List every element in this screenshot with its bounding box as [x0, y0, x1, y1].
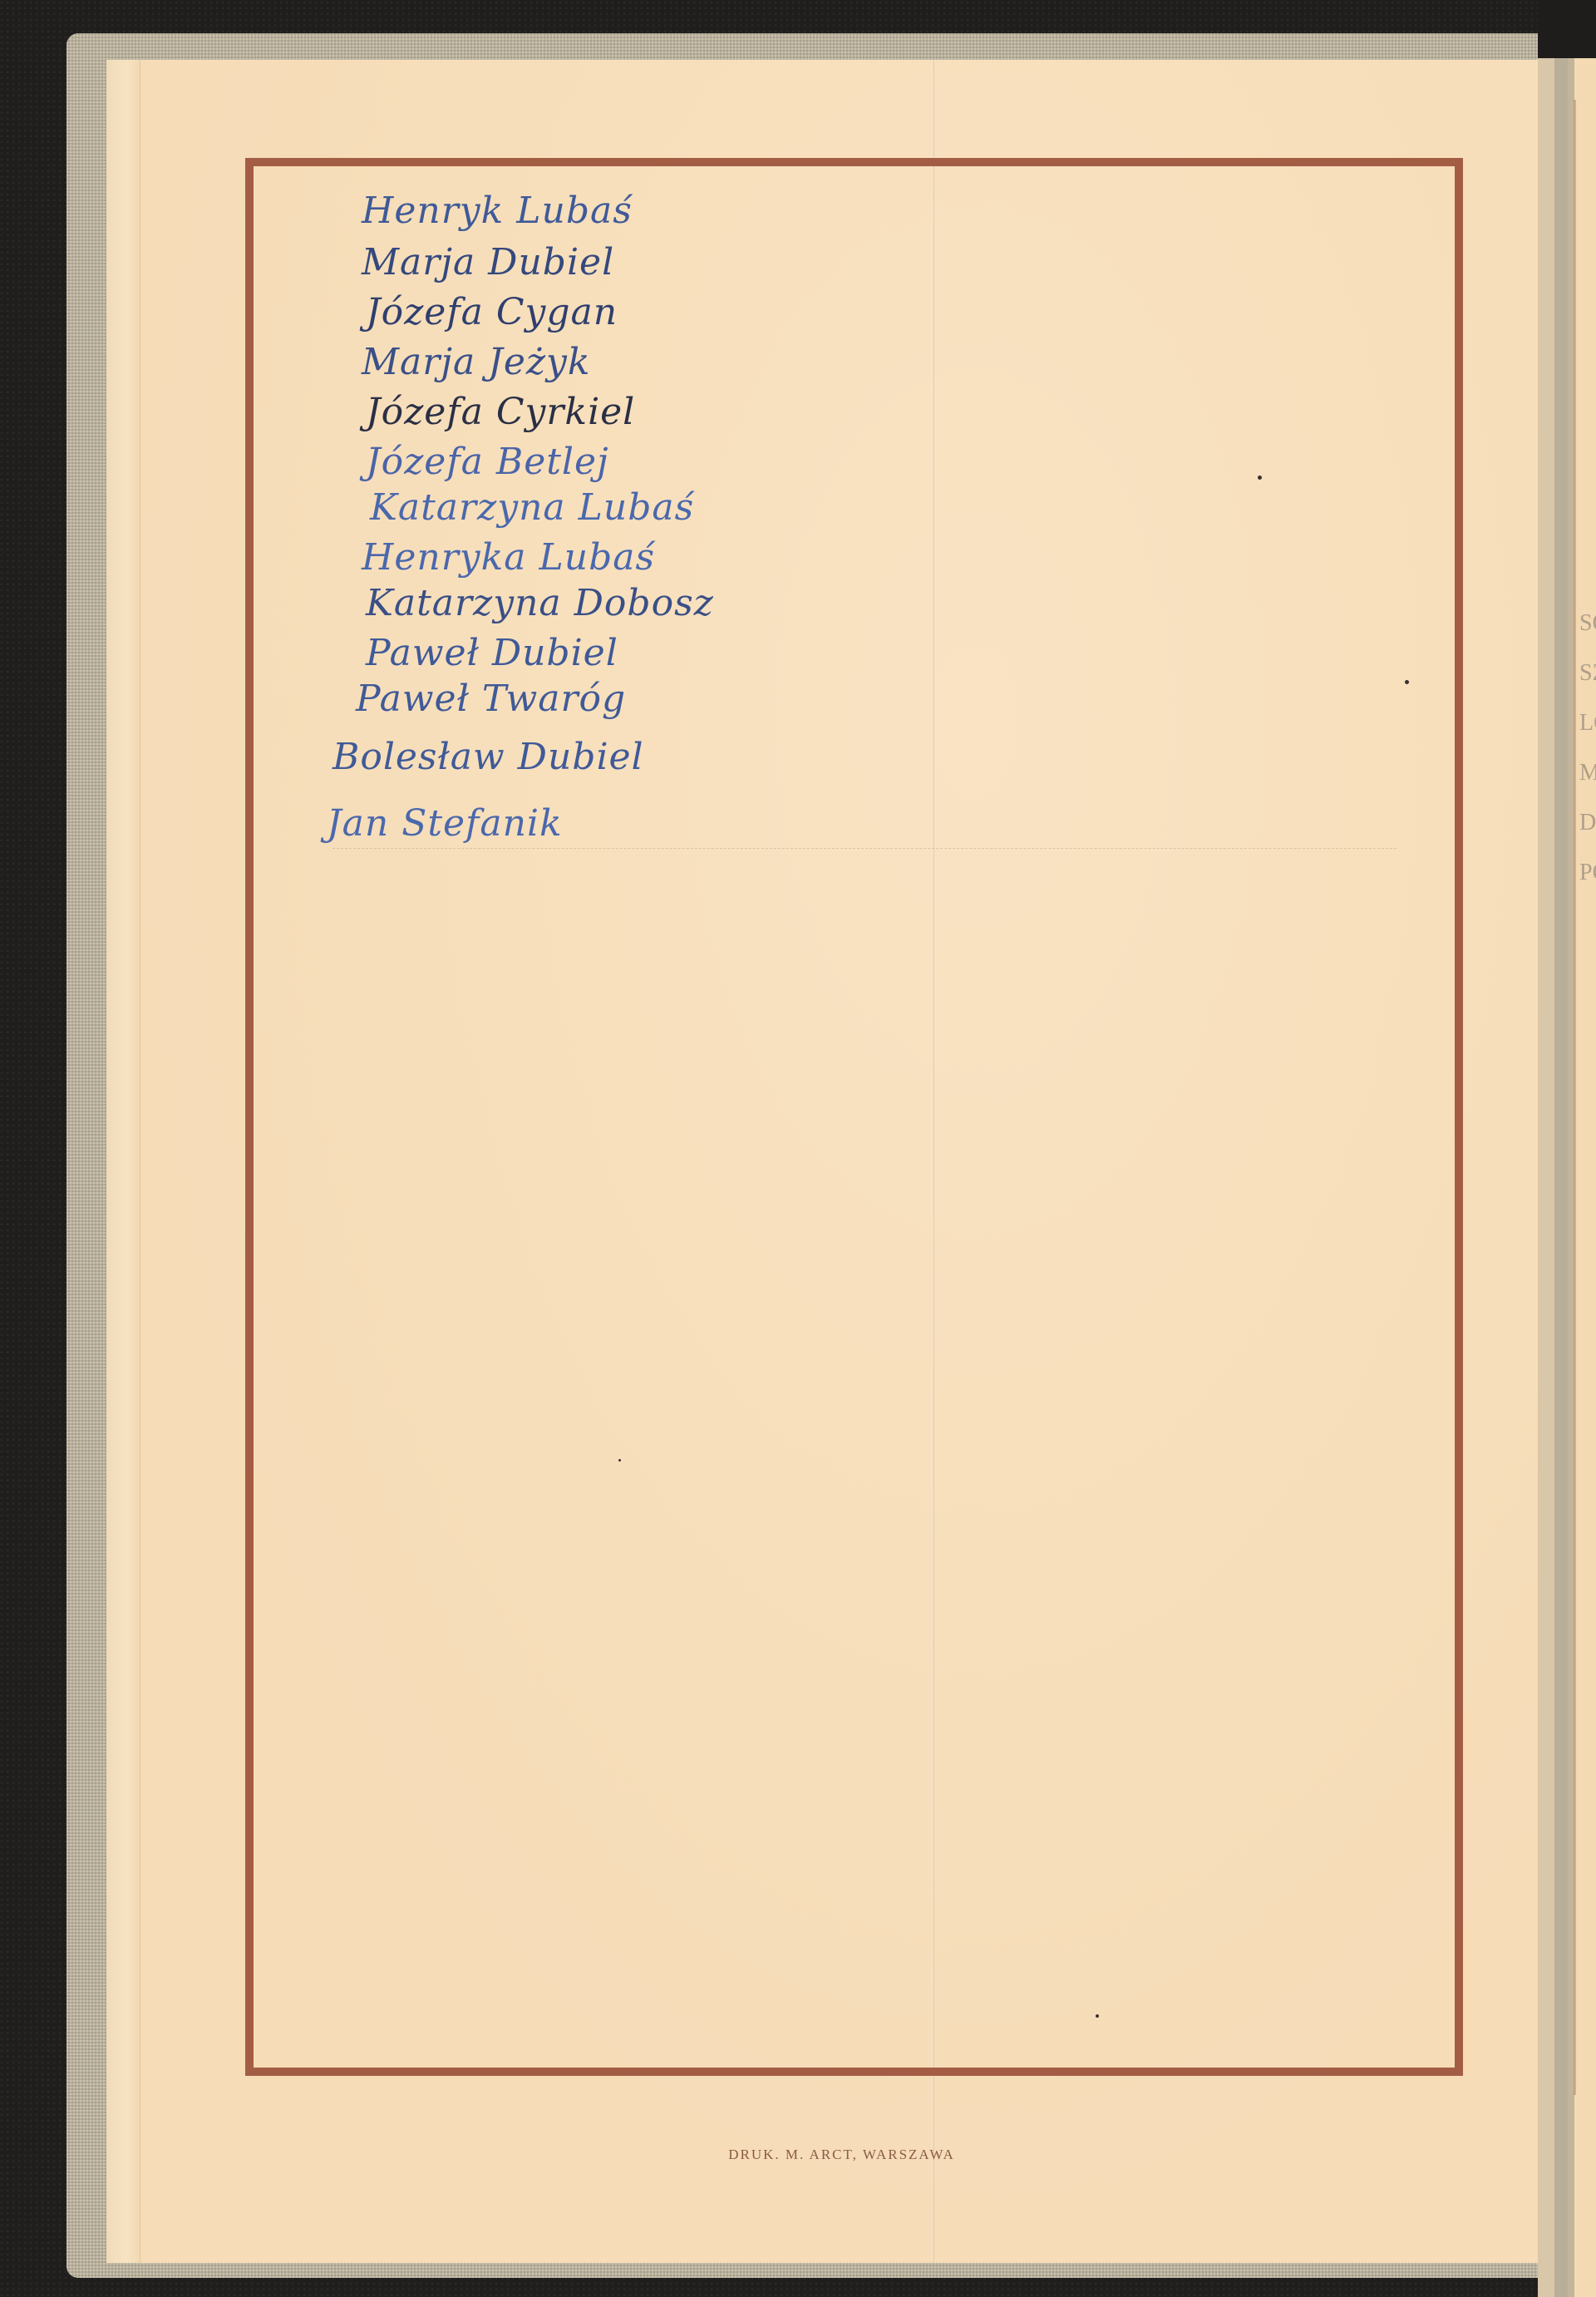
ink-speck: [618, 1459, 621, 1462]
signature-entry: Marja Dubiel: [362, 241, 614, 283]
signature-entry: Jan Stefanik: [327, 802, 563, 845]
adjacent-page-fragment: SZ: [1579, 648, 1596, 698]
signature-entry: Józefa Cyrkiel: [366, 391, 635, 433]
signature-entry: Henryk Lubaś: [362, 190, 633, 232]
signature-entry: Paweł Dubiel: [366, 632, 618, 674]
ink-speck: [1258, 476, 1262, 480]
signature-entry: Katarzyna Dobosz: [366, 582, 714, 624]
signature-entry: Henryka Lubaś: [362, 536, 655, 579]
printer-imprint: DRUK. M. ARCT, WARSZAWA: [0, 2147, 1596, 2163]
page-edges: [106, 60, 140, 2263]
adjacent-page-edge: SOSZLOMDIPO: [1574, 100, 1596, 2095]
adjacent-page-fragment: PO: [1579, 848, 1596, 898]
signature-entry: Marja Jeżyk: [362, 341, 591, 383]
scan-backdrop-top-right: [1538, 0, 1596, 58]
ink-speck: [1096, 2014, 1099, 2018]
signature-entry: Bolesław Dubiel: [332, 736, 644, 778]
adjacent-page-fragment: M: [1579, 748, 1596, 798]
signature-entry: Katarzyna Lubaś: [370, 486, 694, 529]
signature-entry: Józefa Cygan: [366, 291, 618, 333]
adjacent-page-fragment: DI: [1579, 798, 1596, 848]
adjacent-page-fragment: SO: [1579, 599, 1596, 648]
signature-entry: Paweł Twaróg: [356, 678, 626, 720]
adjacent-page-fragment: LO: [1579, 698, 1596, 748]
signature-entry: Józefa Betlej: [366, 441, 609, 483]
ink-speck: [1405, 680, 1409, 684]
